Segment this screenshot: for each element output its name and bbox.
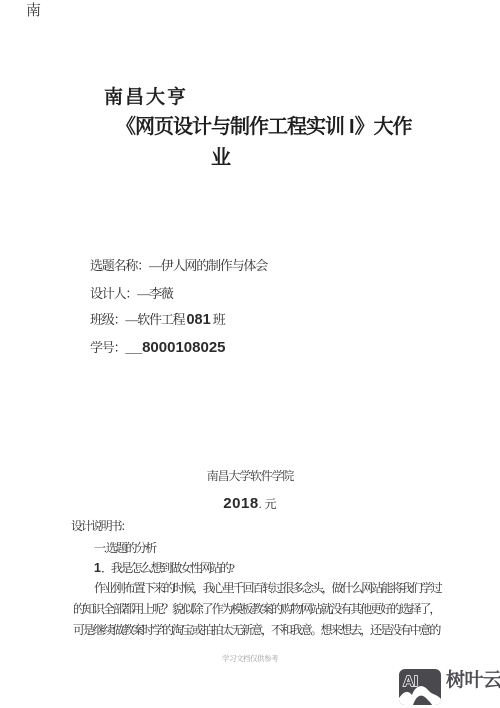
info-designer: 设计人：—李薇 — [90, 287, 173, 300]
info-class-prefix: 班级：—软件工程 — [90, 312, 186, 327]
paragraph-line: 的知识全部都用上呢？貌似除了作为模板教案的购物网站就没有其他更好的选择了， — [73, 603, 439, 615]
watermark-text: 学习文档仅供参考 — [0, 655, 500, 663]
question-heading: 1．我是怎么想到做女性网站的? — [94, 562, 233, 575]
year-line: 2018. 元 — [0, 496, 500, 511]
brand-name: 树叶云 — [446, 671, 500, 690]
title-line-3: 业 — [211, 148, 231, 168]
ai-logo-text: AI — [403, 673, 418, 690]
design-doc-title: 设计说明书： — [71, 520, 130, 532]
paragraph-line: 作业刚布置下来的时候，我心里千回百转过很多念头，做什么网站能将我们学过 — [94, 582, 441, 594]
title-line-1: 南昌大亨 — [104, 88, 188, 107]
info-class-suffix: 班 — [211, 312, 225, 327]
school-name: 南昌大学软件学院 — [0, 470, 500, 482]
title-line-2-pre: 《网页设计与制作工程实训 — [116, 116, 348, 138]
info-class-number: 081 — [186, 312, 210, 328]
document-page: 南 南昌大亨 《网页设计与制作工程实训 I》大作 业 选题名称：—伊人网的制作与… — [0, 0, 500, 708]
title-line-2-post: 》大作 — [355, 116, 412, 138]
info-id-blank: __ — [125, 339, 142, 356]
year-suffix: . 元 — [259, 497, 277, 511]
year-number: 2018 — [223, 495, 258, 512]
section-heading: 一. 选题的分析 — [94, 542, 155, 554]
info-id-number: 8000108025 — [142, 339, 225, 356]
question-number: 1 — [94, 561, 101, 575]
ai-cloud-logo-icon: AI — [399, 669, 441, 705]
info-student-id: 学号：__8000108025 — [90, 340, 226, 355]
question-text: ．我是怎么想到做女性网站的? — [101, 561, 233, 575]
info-topic: 选题名称：—伊人网的制作与体会 — [90, 259, 267, 272]
info-class: 班级：—软件工程 081 班 — [90, 313, 225, 328]
title-line-2: 《网页设计与制作工程实训 I》大作 — [116, 117, 412, 137]
info-id-label: 学号： — [90, 340, 125, 355]
corner-mark: 南 — [26, 4, 41, 19]
paragraph-line: 可是继续做教案时学的淘宝或拍拍太无新意，不和我意。想来想去，还是没有中意的 — [73, 624, 439, 636]
